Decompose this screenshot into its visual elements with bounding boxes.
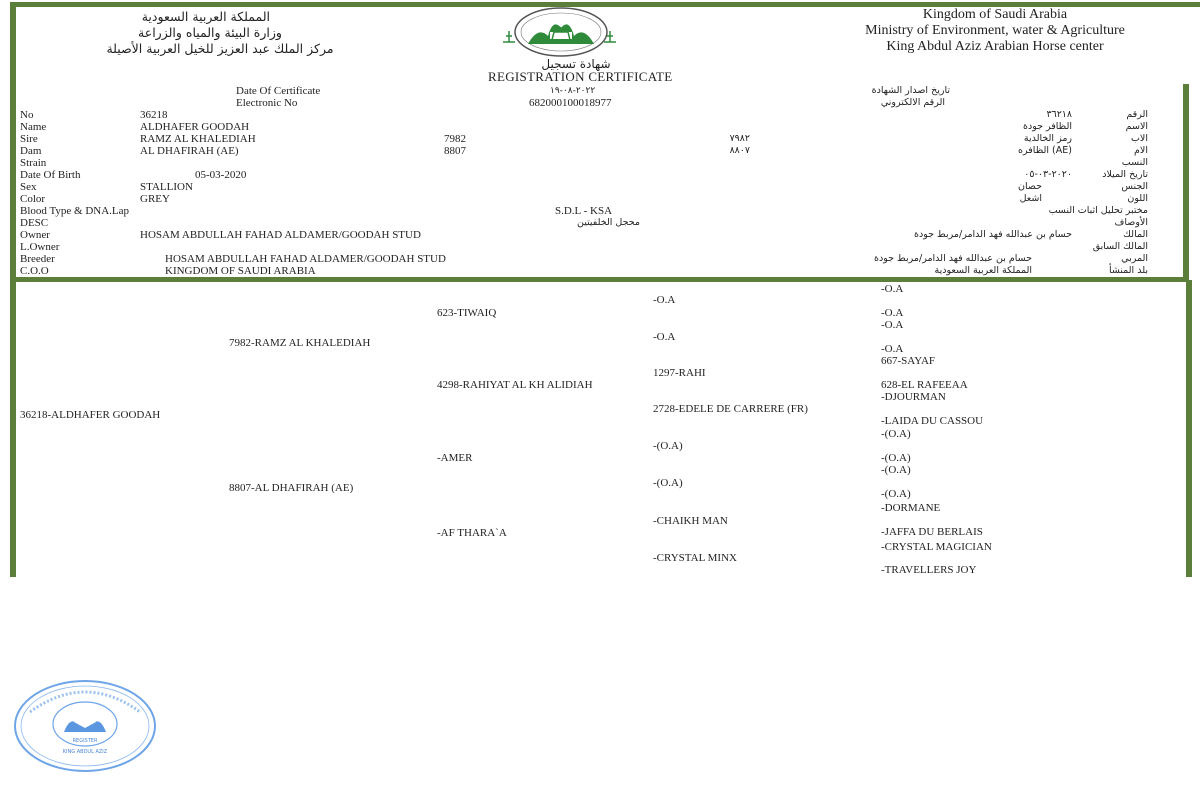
pedigree-grandparent: 623-TIWAIQ xyxy=(437,307,496,319)
pedigree-gen4-ancestor: -O.A xyxy=(881,319,903,331)
header-en-line-3: King Abdul Aziz Arabian Horse center xyxy=(830,39,1160,55)
field-label-ar: المالك xyxy=(980,229,1148,241)
horse-emblem-logo-icon xyxy=(498,6,624,62)
field-value-en: HOSAM ABDULLAH FAHAD ALDAMER/GOODAH STUD xyxy=(165,253,446,265)
pedigree-subject: 36218-ALDHAFER GOODAH xyxy=(20,409,160,421)
field-label-ar: الاب xyxy=(980,133,1148,145)
pedigree-great-grandparent: -O.A xyxy=(653,294,675,306)
field-label-en: Date Of Birth xyxy=(20,169,80,181)
frame-left-upper xyxy=(10,2,16,280)
field-label-en: Name xyxy=(20,121,46,133)
field-value-en: 05-03-2020 xyxy=(195,169,246,181)
field-label-en: DESC xyxy=(20,217,48,229)
field-extra: محجل الخلفيتين xyxy=(520,217,640,229)
field-label-ar: النسب xyxy=(980,157,1148,169)
pedigree-gen4-ancestor: -O.A xyxy=(881,283,903,295)
frame-divider xyxy=(10,277,1189,282)
field-label-ar: الرقم xyxy=(980,109,1148,121)
pedigree-great-grandparent: -O.A xyxy=(653,331,675,343)
field-extra-ar: ٧٩٨٢ xyxy=(700,133,750,145)
field-label-ar: مختبر تحليل اثبات النسب xyxy=(980,205,1148,217)
date-value: ٢٠٢٢-٠٨-١٩ xyxy=(550,85,595,97)
date-label-ar: تاريخ اصدار الشهادة xyxy=(830,85,950,97)
pedigree-gen4-ancestor: -(O.A) xyxy=(881,428,911,440)
pedigree-great-grandparent: -(O.A) xyxy=(653,477,683,489)
field-label-en: Sex xyxy=(20,181,37,193)
field-value-en: 36218 xyxy=(140,109,168,121)
date-label-en: Date Of Certificate xyxy=(236,85,320,97)
frame-right-upper xyxy=(1183,84,1189,280)
field-label-en: L.Owner xyxy=(20,241,59,253)
field-value-en: KINGDOM OF SAUDI ARABIA xyxy=(165,265,316,277)
pedigree-gen4-ancestor: -DORMANE xyxy=(881,502,940,514)
field-value-en: RAMZ AL KHALEDIAH xyxy=(140,133,256,145)
field-value-en: ALDHAFER GOODAH xyxy=(140,121,249,133)
pedigree-great-grandparent: -(O.A) xyxy=(653,440,683,452)
header-en-line-2: Ministry of Environment, water & Agricul… xyxy=(825,23,1165,39)
field-label-ar: المالك السابق xyxy=(980,241,1148,253)
pedigree-great-grandparent: 1297-RAHI xyxy=(653,367,706,379)
field-value-en: GREY xyxy=(140,193,170,205)
field-extra: S.D.L - KSA xyxy=(555,205,612,217)
stamp-lower-text: KING ABDUL AZIZ xyxy=(63,749,108,755)
pedigree-grandparent: 4298-RAHIYAT AL KH ALIDIAH xyxy=(437,379,593,391)
field-label-en: Blood Type & DNA.Lap xyxy=(20,205,129,217)
field-value-en: STALLION xyxy=(140,181,193,193)
field-label-en: No xyxy=(20,109,33,121)
pedigree-great-grandparent: -CHAIKH MAN xyxy=(653,515,728,527)
pedigree-gen4-ancestor: -O.A xyxy=(881,343,903,355)
pedigree-great-grandparent: -CRYSTAL MINX xyxy=(653,552,737,564)
pedigree-gen4-ancestor: -DJOURMAN xyxy=(881,391,946,403)
pedigree-gen4-ancestor: -O.A xyxy=(881,307,903,319)
field-label-en: Dam xyxy=(20,145,41,157)
field-label-en: Sire xyxy=(20,133,38,145)
header-ar-line-3: مركز الملك عبد العزيز للخيل العربية الأص… xyxy=(80,41,360,57)
header-en-line-1: Kingdom of Saudi Arabia xyxy=(830,7,1160,23)
pedigree-gen4-ancestor: -(O.A) xyxy=(881,452,911,464)
pedigree-gen4-ancestor: -LAIDA DU CASSOU xyxy=(881,415,983,427)
field-label-ar: الجنس xyxy=(980,181,1148,193)
field-extra-en: 7982 xyxy=(444,133,466,145)
field-label-ar: الأوصاف xyxy=(980,217,1148,229)
eno-label-ar: الرقم الالكتروني xyxy=(830,97,945,109)
stamp-register-text: REGISTER xyxy=(73,738,98,744)
pedigree-grandparent: -AF THARA`A xyxy=(437,527,507,539)
registry-stamp-icon: REGISTER KING ABDUL AZIZ xyxy=(12,678,158,774)
pedigree-gen4-ancestor: -TRAVELLERS JOY xyxy=(881,564,976,576)
pedigree-grandparent: -AMER xyxy=(437,452,472,464)
field-extra-ar: ٨٨٠٧ xyxy=(700,145,750,157)
title-en: REGISTRATION CERTIFICATE xyxy=(488,69,672,85)
frame-left-lower xyxy=(10,277,16,577)
field-label-ar: الام xyxy=(980,145,1148,157)
pedigree-gen4-ancestor: -CRYSTAL MAGICIAN xyxy=(881,541,992,553)
field-label-ar: المربي xyxy=(980,253,1148,265)
field-extra-en: 8807 xyxy=(444,145,466,157)
eno-label-en: Electronic No xyxy=(236,97,297,109)
pedigree-gen4-ancestor: -(O.A) xyxy=(881,464,911,476)
pedigree-parent: 7982-RAMZ AL KHALEDIAH xyxy=(229,337,370,349)
field-label-en: Owner xyxy=(20,229,50,241)
field-label-en: Strain xyxy=(20,157,46,169)
field-label-ar: تاريخ الميلاد xyxy=(980,169,1148,181)
pedigree-parent: 8807-AL DHAFIRAH (AE) xyxy=(229,482,353,494)
field-label-en: Breeder xyxy=(20,253,55,265)
field-label-en: Color xyxy=(20,193,45,205)
field-label-en: C.O.O xyxy=(20,265,49,277)
frame-right-lower xyxy=(1186,280,1192,577)
field-label-ar: بلد المنشأ xyxy=(980,265,1148,277)
field-value-en: AL DHAFIRAH (AE) xyxy=(140,145,239,157)
field-value-en: HOSAM ABDULLAH FAHAD ALDAMER/GOODAH STUD xyxy=(140,229,421,241)
header-ar-line-1: المملكة العربية السعودية xyxy=(150,9,270,25)
pedigree-gen4-ancestor: -JAFFA DU BERLAIS xyxy=(881,526,983,538)
header-ar-line-2: وزارة البيئة والمياه والزراعة xyxy=(120,25,300,41)
pedigree-great-grandparent: 2728-EDELE DE CARRERE (FR) xyxy=(653,403,808,415)
pedigree-gen4-ancestor: 628-EL RAFEEAA xyxy=(881,379,968,391)
pedigree-gen4-ancestor: -(O.A) xyxy=(881,488,911,500)
pedigree-gen4-ancestor: 667-SAYAF xyxy=(881,355,935,367)
eno-value: 682000100018977 xyxy=(529,97,612,109)
field-label-ar: الاسم xyxy=(980,121,1148,133)
field-label-ar: اللون xyxy=(980,193,1148,205)
